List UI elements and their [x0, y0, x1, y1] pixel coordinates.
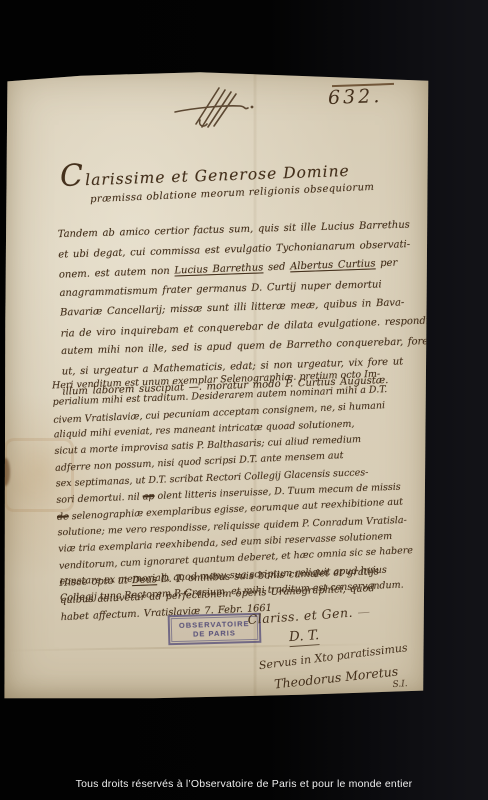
- crossed-out-scribble-icon: [172, 84, 258, 134]
- closing-address-text: Clariss. et Gen.: [247, 605, 353, 627]
- folio-number: 632.: [328, 85, 383, 109]
- signature-si: S.I.: [392, 679, 408, 690]
- closing-dash: —: [352, 603, 370, 619]
- folio-number-block: 632.: [322, 84, 422, 108]
- photo-background: 632. Clarissime et Generose Domine præmi…: [0, 0, 488, 800]
- signature-block: Clariss. et Gen. — D. T. Servus in Xto p…: [235, 597, 430, 702]
- letter-paper: 632. Clarissime et Generose Domine præmi…: [4, 70, 430, 702]
- closing-dt: D. T.: [288, 627, 319, 647]
- copyright-caption: Tous droits réservés à l’Observatoire de…: [0, 778, 488, 790]
